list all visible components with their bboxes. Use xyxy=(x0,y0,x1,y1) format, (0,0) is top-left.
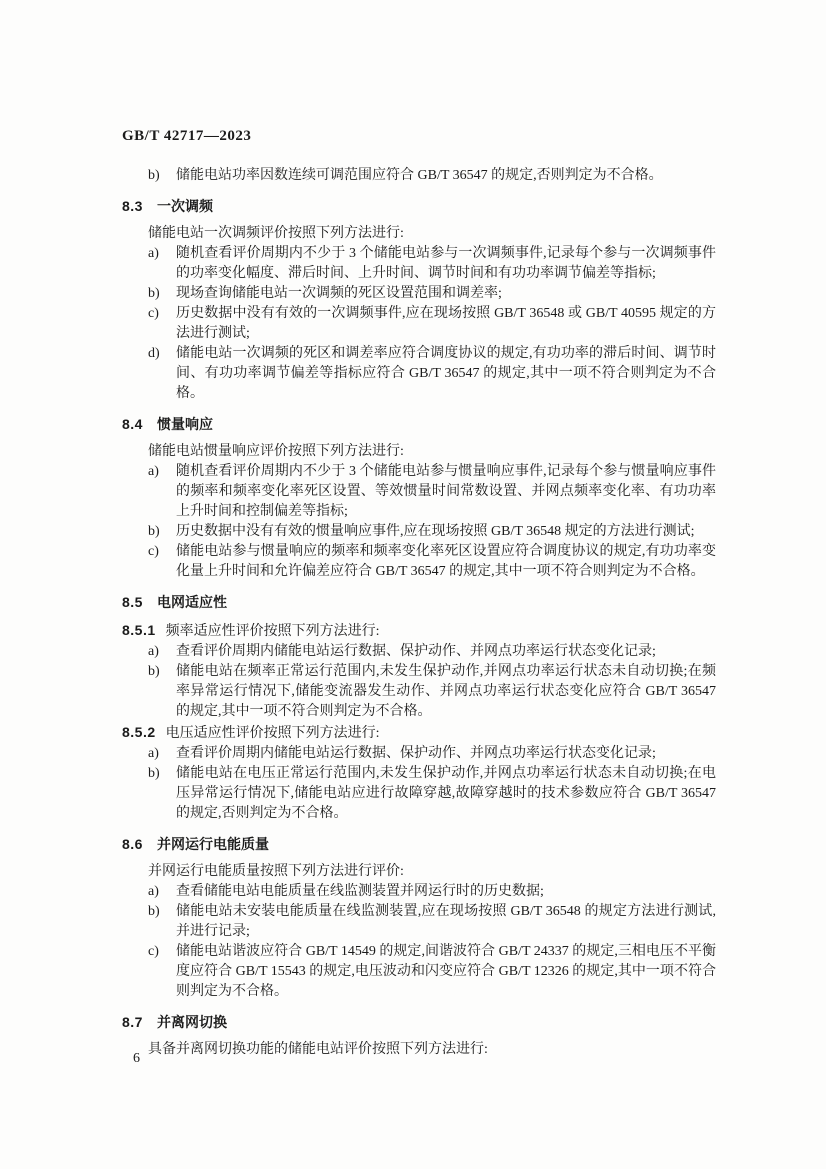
list-item-letter: a) xyxy=(148,642,174,662)
paragraph: 储能电站一次调频评价按照下列方法进行: xyxy=(122,224,716,244)
list-item: a)查看评价周期内储能电站运行数据、保护动作、并网点功率运行状态变化记录; xyxy=(122,744,716,764)
list-item-text: 查看评价周期内储能电站运行数据、保护动作、并网点功率运行状态变化记录; xyxy=(176,644,656,659)
list-item-letter: c) xyxy=(148,542,174,562)
list-item-letter: b) xyxy=(148,902,174,922)
list-item-text: 随机查看评价周期内不少于 3 个储能电站参与一次调频事件,记录每个参与一次调频事… xyxy=(176,246,716,281)
subclause-text: 频率适应性评价按照下列方法进行: xyxy=(166,624,380,639)
list-item-text: 储能电站谐波应符合 GB/T 14549 的规定,间谐波符合 GB/T 2433… xyxy=(176,944,716,999)
list-item-text: 现场查询储能电站一次调频的死区设置范围和调差率; xyxy=(176,286,502,301)
section-title: 并离网切换 xyxy=(157,1014,227,1030)
section-title: 并网运行电能质量 xyxy=(157,836,269,852)
list-item: b)储能电站在电压正常运行范围内,未发生保护动作,并网点功率运行状态未自动切换;… xyxy=(122,764,716,824)
subclause-number: 8.5.1 xyxy=(122,622,156,638)
paragraph: 储能电站惯量响应评价按照下列方法进行: xyxy=(122,442,716,462)
paragraph: 并网运行电能质量按照下列方法进行评价: xyxy=(122,862,716,882)
paragraph: 具备并离网切换功能的储能电站评价按照下列方法进行: xyxy=(122,1040,716,1060)
list-item-text: 历史数据中没有有效的惯量响应事件,应在现场按照 GB/T 36548 规定的方法… xyxy=(176,524,695,539)
list-item-letter: c) xyxy=(148,304,174,324)
list-item-letter: d) xyxy=(148,344,174,364)
list-item-letter: a) xyxy=(148,882,174,902)
list-item-text: 储能电站在频率正常运行范围内,未发生保护动作,并网点功率运行状态未自动切换;在频… xyxy=(176,664,716,719)
list-item: d)储能电站一次调频的死区和调差率应符合调度协议的规定,有功功率的滞后时间、调节… xyxy=(122,344,716,404)
list-item-text: 查看储能电站电能质量在线监测装置并网运行时的历史数据; xyxy=(176,884,544,899)
list-item-letter: b) xyxy=(148,764,174,784)
list-item-text: 查看评价周期内储能电站运行数据、保护动作、并网点功率运行状态变化记录; xyxy=(176,746,656,761)
list-item: b)储能电站未安装电能质量在线监测装置,应在现场按照 GB/T 36548 的规… xyxy=(122,902,716,942)
list-item-letter: a) xyxy=(148,244,174,264)
list-item: c)储能电站谐波应符合 GB/T 14549 的规定,间谐波符合 GB/T 24… xyxy=(122,942,716,1002)
list-item: a)查看储能电站电能质量在线监测装置并网运行时的历史数据; xyxy=(122,882,716,902)
list-item-letter: a) xyxy=(148,462,174,482)
list-item-text: 储能电站参与惯量响应的频率和频率变化率死区设置应符合调度协议的规定,有功功率变化… xyxy=(176,544,716,579)
section-number: 8.7 xyxy=(122,1014,143,1030)
section-title: 电网适应性 xyxy=(157,594,227,610)
section-number: 8.3 xyxy=(122,198,143,214)
section-title: 一次调频 xyxy=(157,198,213,214)
list-item-letter: a) xyxy=(148,744,174,764)
section-heading: 8.3一次调频 xyxy=(122,196,716,216)
list-item-letter: b) xyxy=(148,522,174,542)
subclause-paragraph: 8.5.1频率适应性评价按照下列方法进行: xyxy=(122,620,716,642)
list-item-text: 储能电站功率因数连续可调范围应符合 GB/T 36547 的规定,否则判定为不合… xyxy=(176,168,663,183)
list-item: b)储能电站功率因数连续可调范围应符合 GB/T 36547 的规定,否则判定为… xyxy=(122,166,716,186)
list-item-text: 历史数据中没有有效的一次调频事件,应在现场按照 GB/T 36548 或 GB/… xyxy=(176,306,716,341)
section-heading: 8.5电网适应性 xyxy=(122,592,716,612)
list-item: c)历史数据中没有有效的一次调频事件,应在现场按照 GB/T 36548 或 G… xyxy=(122,304,716,344)
section-heading: 8.6并网运行电能质量 xyxy=(122,834,716,854)
list-item-letter: c) xyxy=(148,942,174,962)
list-item-letter: b) xyxy=(148,166,174,186)
list-item: c)储能电站参与惯量响应的频率和频率变化率死区设置应符合调度协议的规定,有功功率… xyxy=(122,542,716,582)
document-content: b)储能电站功率因数连续可调范围应符合 GB/T 36547 的规定,否则判定为… xyxy=(122,166,716,1060)
list-item-text: 储能电站在电压正常运行范围内,未发生保护动作,并网点功率运行状态未自动切换;在电… xyxy=(176,766,716,821)
section-heading: 8.4惯量响应 xyxy=(122,414,716,434)
list-item: a)查看评价周期内储能电站运行数据、保护动作、并网点功率运行状态变化记录; xyxy=(122,642,716,662)
subclause-number: 8.5.2 xyxy=(122,724,156,740)
section-title: 惯量响应 xyxy=(157,416,213,432)
list-item-text: 储能电站一次调频的死区和调差率应符合调度协议的规定,有功功率的滞后时间、调节时间… xyxy=(176,346,716,401)
section-number: 8.5 xyxy=(122,594,143,610)
subclause-paragraph: 8.5.2电压适应性评价按照下列方法进行: xyxy=(122,722,716,744)
list-item: b)储能电站在频率正常运行范围内,未发生保护动作,并网点功率运行状态未自动切换;… xyxy=(122,662,716,722)
section-number: 8.6 xyxy=(122,836,143,852)
page-number: 6 xyxy=(133,1049,140,1069)
section-number: 8.4 xyxy=(122,416,143,432)
list-item: b)现场查询储能电站一次调频的死区设置范围和调差率; xyxy=(122,284,716,304)
list-item: a)随机查看评价周期内不少于 3 个储能电站参与惯量响应事件,记录每个参与惯量响… xyxy=(122,462,716,522)
list-item-text: 储能电站未安装电能质量在线监测装置,应在现场按照 GB/T 36548 的规定方… xyxy=(176,904,716,939)
list-item-letter: b) xyxy=(148,284,174,304)
list-item: a)随机查看评价周期内不少于 3 个储能电站参与一次调频事件,记录每个参与一次调… xyxy=(122,244,716,284)
list-item-letter: b) xyxy=(148,662,174,682)
list-item-text: 随机查看评价周期内不少于 3 个储能电站参与惯量响应事件,记录每个参与惯量响应事… xyxy=(176,464,716,519)
standard-number-header: GB/T 42717—2023 xyxy=(122,128,251,145)
subclause-text: 电压适应性评价按照下列方法进行: xyxy=(166,726,380,741)
list-item: b)历史数据中没有有效的惯量响应事件,应在现场按照 GB/T 36548 规定的… xyxy=(122,522,716,542)
section-heading: 8.7并离网切换 xyxy=(122,1012,716,1032)
document-page: GB/T 42717—2023 b)储能电站功率因数连续可调范围应符合 GB/T… xyxy=(0,0,826,1169)
